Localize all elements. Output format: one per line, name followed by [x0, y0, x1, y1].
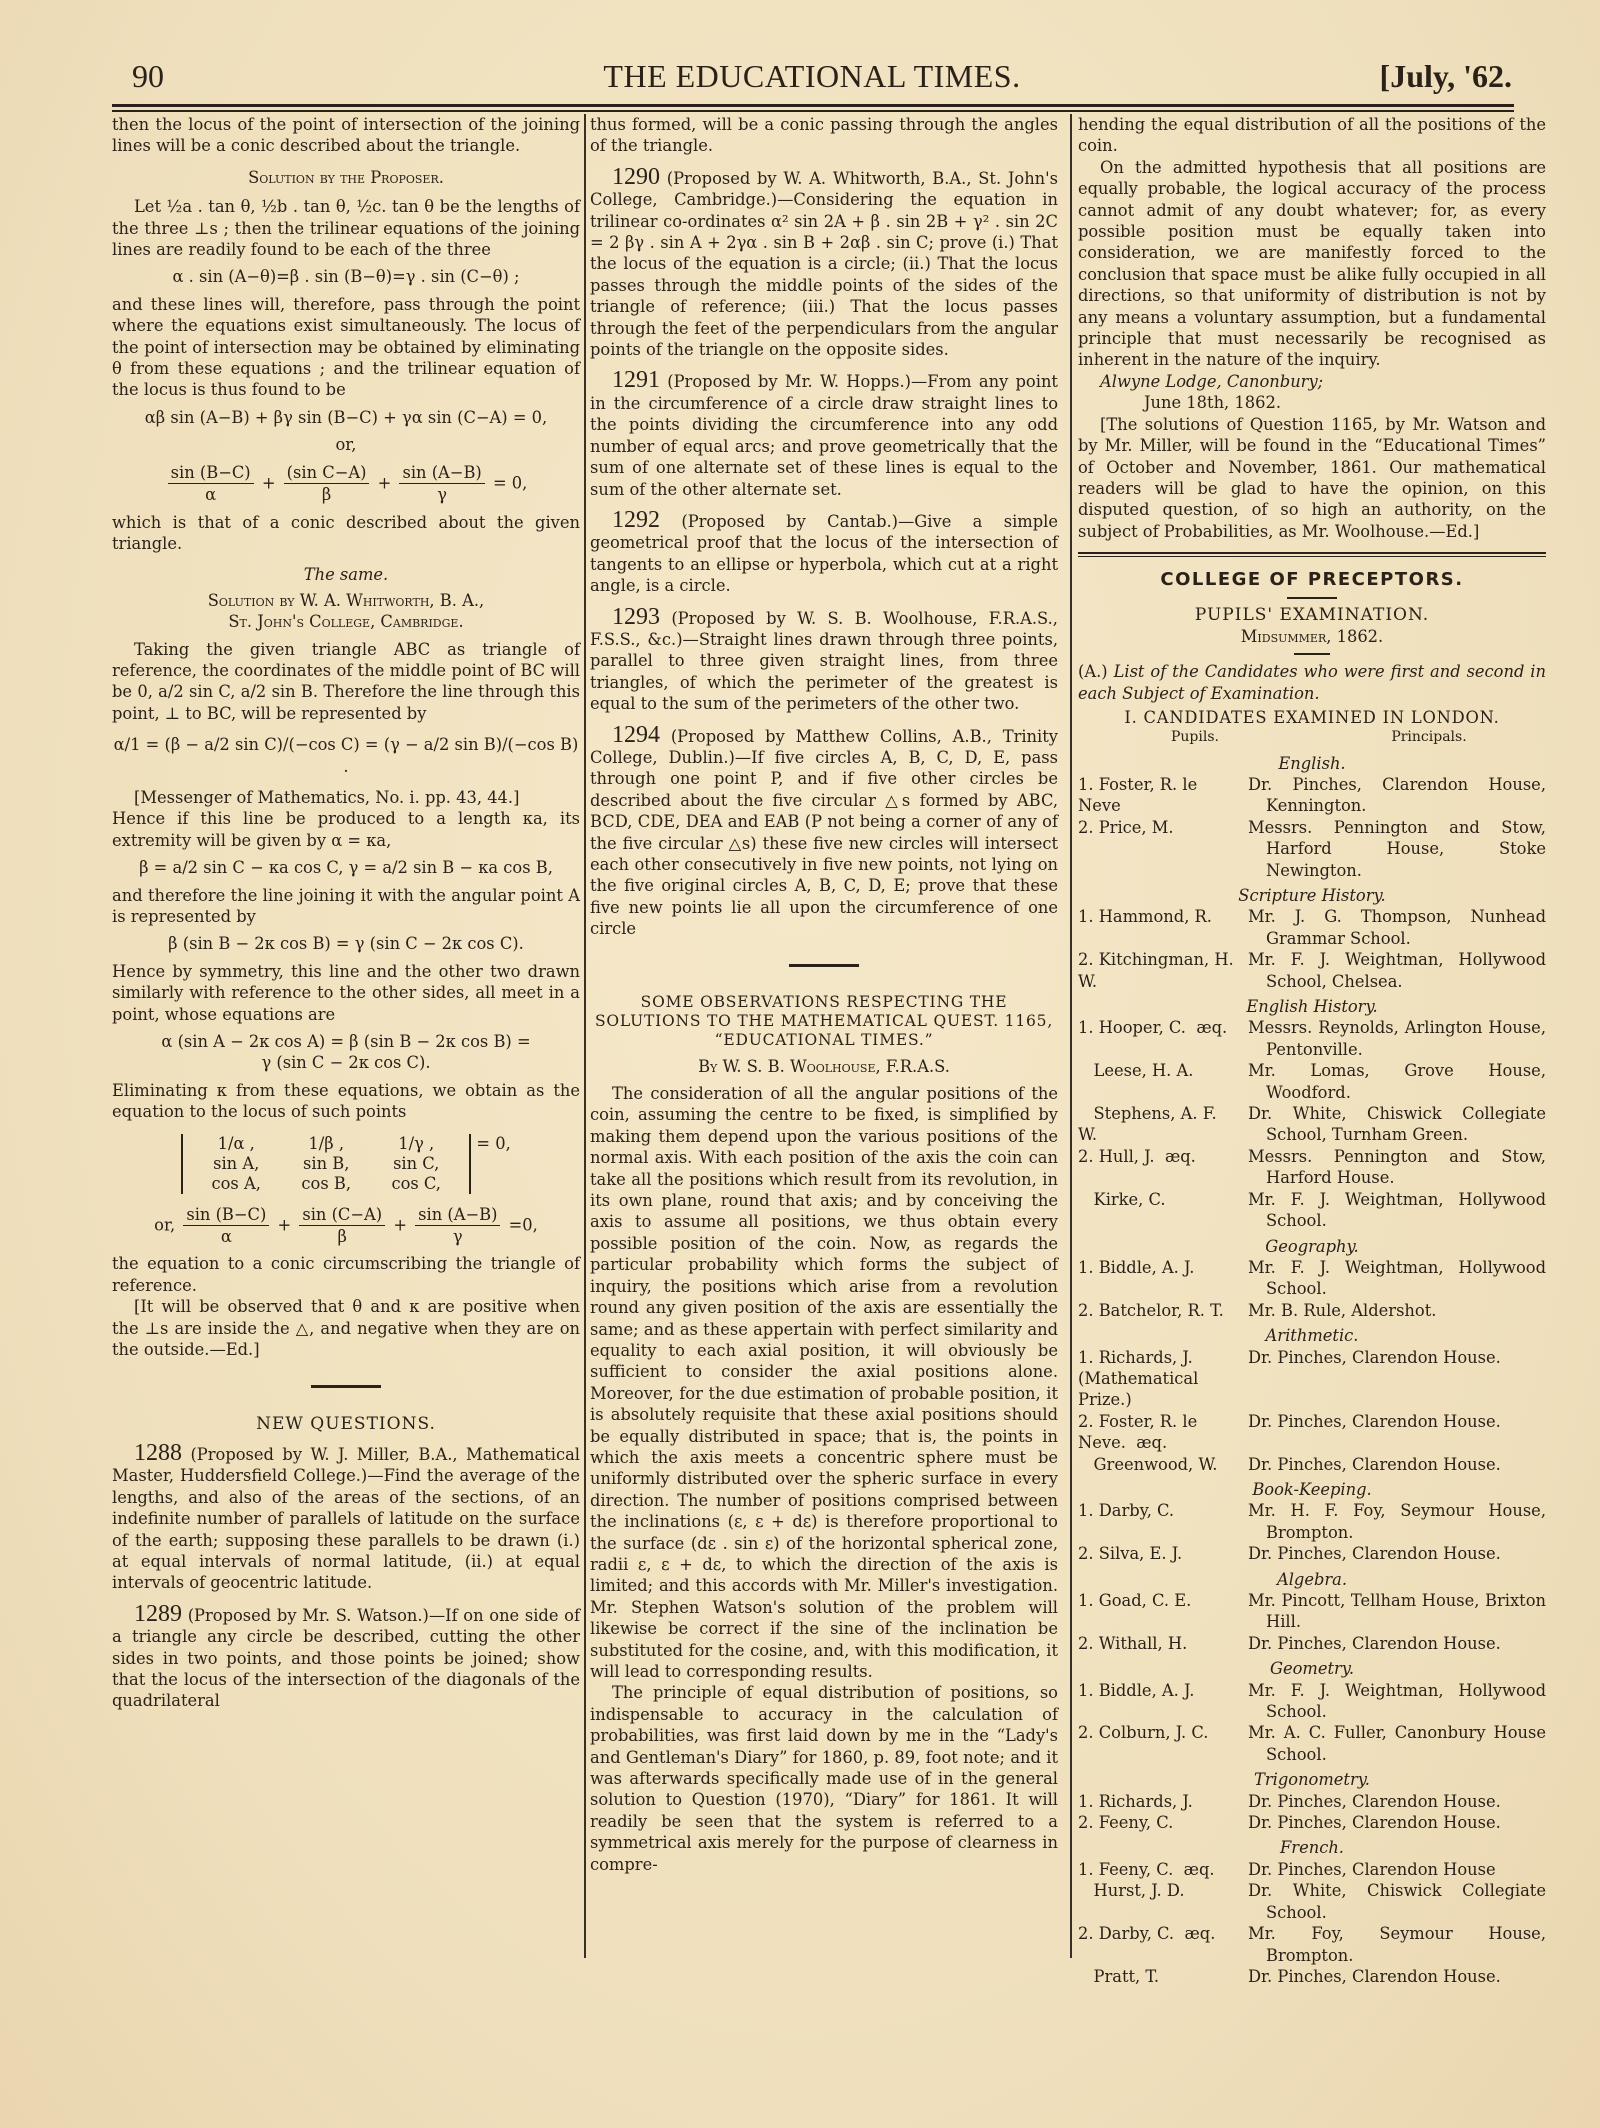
matrix-cell: sin B, [281, 1154, 371, 1174]
section-heading: St. John's College, Cambridge. [112, 611, 580, 632]
newspaper-page: 90 THE EDUCATIONAL TIMES. [July, '62. th… [0, 0, 1600, 2128]
denominator: β [299, 1226, 385, 1247]
header-rule [112, 104, 1514, 107]
question-number: 1293 [612, 604, 660, 630]
exam-title: PUPILS' EXAMINATION. [1078, 605, 1546, 626]
principal-name: Mr. F. J. Weightman, Hollywood School. [1248, 1680, 1546, 1723]
principal-name: Messrs. Reynolds, Arlington House, Pento… [1248, 1017, 1546, 1060]
question-text: (Proposed by Mr. W. Hopps.)—From any poi… [590, 372, 1058, 498]
section-rule [311, 1385, 381, 1388]
result-row: Stephens, A. F. W.Dr. White, Chiswick Co… [1078, 1103, 1546, 1146]
pupil-name: 2. Batchelor, R. T. [1078, 1300, 1238, 1321]
result-row: 2. Hull, J. æq.Messrs. Pennington and St… [1078, 1146, 1546, 1189]
equation-rhs: = 0, [493, 473, 527, 492]
equation-rhs: = 0, [476, 1134, 510, 1153]
subject-heading: Geometry. [1078, 1658, 1546, 1679]
equation: α/1 = (β − a/2 sin C)/(−cos C) = (γ − a/… [112, 734, 580, 777]
question-number: 1288 [134, 1440, 182, 1466]
denominator: α [168, 484, 254, 505]
result-row: 1. Foster, R. le NeveDr. Pinches, Claren… [1078, 774, 1546, 817]
question-number: 1291 [612, 367, 660, 393]
principal-name: Dr. Pinches, Clarendon House. [1248, 1791, 1546, 1812]
result-row: 2. Feeny, C.Dr. Pinches, Clarendon House… [1078, 1812, 1546, 1833]
subject-heading: French. [1078, 1837, 1546, 1858]
result-row: 2. Withall, H.Dr. Pinches, Clarendon Hou… [1078, 1633, 1546, 1654]
principal-name: Dr. Pinches, Clarendon House. [1248, 1633, 1546, 1654]
numerator: (sin C−A) [284, 462, 370, 484]
publication-title: THE EDUCATIONAL TIMES. [112, 58, 1512, 95]
principal-name: Dr. Pinches, Clarendon House. [1248, 1411, 1546, 1454]
denominator: γ [399, 484, 484, 505]
result-row: Kirke, C.Mr. F. J. Weightman, Hollywood … [1078, 1189, 1546, 1232]
column-divider [1070, 114, 1072, 1958]
equation: β = a/2 sin C − κa cos C, γ = a/2 sin B … [112, 857, 580, 878]
principal-name: Dr. White, Chiswick Collegiate School, T… [1248, 1103, 1546, 1146]
numerator: sin (A−B) [415, 1204, 500, 1226]
pupil-name: Pratt, T. [1078, 1966, 1238, 1987]
pupil-name: 1. Hammond, R. [1078, 906, 1238, 949]
subject-heading: Scripture History. [1078, 885, 1546, 906]
section-rule [1294, 653, 1330, 655]
principal-name: Mr. J. G. Thompson, Nunhead Grammar Scho… [1248, 906, 1546, 949]
pupil-name: 1. Goad, C. E. [1078, 1590, 1238, 1633]
pupil-name: 1. Richards, J. (Mathematical Prize.) [1078, 1347, 1238, 1411]
result-row: 1. Richards, J. (Mathematical Prize.)Dr.… [1078, 1347, 1546, 1411]
question-number: 1294 [612, 722, 660, 748]
column-right: hending the equal distribution of all th… [1078, 114, 1546, 1987]
principal-name: Dr. Pinches, Clarendon House. [1248, 1966, 1546, 1987]
question-number: 1290 [612, 164, 660, 190]
list-title: List of the Candidates who were first an… [1078, 662, 1546, 702]
principal-name: Mr. Foy, Seymour House, Brompton. [1248, 1923, 1546, 1966]
pupil-name: 1. Foster, R. le Neve [1078, 774, 1238, 817]
result-row: 1. Hooper, C. æq.Messrs. Reynolds, Arlin… [1078, 1017, 1546, 1060]
question-1294: 1294 (Proposed by Matthew Collins, A.B.,… [590, 725, 1058, 940]
question-number: 1289 [134, 1601, 182, 1627]
pupil-name: 2. Hull, J. æq. [1078, 1146, 1238, 1189]
matrix-cell: cos C, [371, 1174, 461, 1194]
equation-fraction-sum: sin (B−C)α + (sin C−A)β + sin (A−B)γ = 0… [112, 462, 580, 506]
denominator: γ [415, 1226, 500, 1247]
section-heading: Solution by W. A. Whitworth, B. A., [112, 590, 580, 611]
equation: γ (sin C − 2κ cos C). [112, 1052, 580, 1073]
result-row: 2. Batchelor, R. T.Mr. B. Rule, Aldersho… [1078, 1300, 1546, 1321]
pupil-name: 2. Silva, E. J. [1078, 1543, 1238, 1564]
paragraph: The consideration of all the angular pos… [590, 1083, 1058, 1682]
pupil-name: 1. Richards, J. [1078, 1791, 1238, 1812]
principal-name: Mr. F. J. Weightman, Hollywood School, C… [1248, 949, 1546, 992]
determinant: 1/α , 1/β , 1/γ , sin A, sin B, sin C, c… [181, 1134, 471, 1194]
principal-name: Dr. Pinches, Clarendon House. [1248, 1812, 1546, 1833]
result-row: 1. Darby, C.Mr. H. F. Foy, Seymour House… [1078, 1500, 1546, 1543]
matrix-cell: cos B, [281, 1174, 371, 1194]
principal-name: Mr. H. F. Foy, Seymour House, Brompton. [1248, 1500, 1546, 1543]
subject-heading: Arithmetic. [1078, 1325, 1546, 1346]
list-label: (A.) [1078, 662, 1108, 681]
pupil-name: 1. Feeny, C. æq. [1078, 1859, 1238, 1880]
signature-place: Alwyne Lodge, Canonbury; [1078, 371, 1546, 392]
numerator: sin (B−C) [183, 1204, 269, 1226]
principal-name: Dr. Pinches, Clarendon House. [1248, 1543, 1546, 1564]
result-row: 1. Biddle, A. J.Mr. F. J. Weightman, Hol… [1078, 1257, 1546, 1300]
result-row: Greenwood, W.Dr. Pinches, Clarendon Hous… [1078, 1454, 1546, 1475]
table-header: Pupils. Principals. [1078, 727, 1546, 748]
result-row: 2. Colburn, J. C.Mr. A. C. Fuller, Canon… [1078, 1722, 1546, 1765]
result-row: 2. Darby, C. æq.Mr. Foy, Seymour House, … [1078, 1923, 1546, 1966]
result-row: Hurst, J. D.Dr. White, Chiswick Collegia… [1078, 1880, 1546, 1923]
paragraph: Hence by symmetry, this line and the oth… [112, 961, 580, 1025]
issue-date: [July, '62. [1380, 58, 1512, 95]
running-header: 90 THE EDUCATIONAL TIMES. [July, '62. [112, 58, 1512, 98]
subject-heading: Trigonometry. [1078, 1769, 1546, 1790]
pupil-name: Leese, H. A. [1078, 1060, 1238, 1103]
result-row: 1. Hammond, R.Mr. J. G. Thompson, Nunhea… [1078, 906, 1546, 949]
section-rule [1078, 552, 1546, 554]
question-1293: 1293 (Proposed by W. S. B. Woolhouse, F.… [590, 607, 1058, 715]
principal-name: Dr. Pinches, Clarendon House [1248, 1859, 1546, 1880]
paragraph: thus formed, will be a conic passing thr… [590, 114, 1058, 157]
section-heading: Solution by the Proposer. [112, 167, 580, 188]
matrix-cell: cos A, [191, 1174, 281, 1194]
question-number: 1292 [612, 507, 660, 533]
pupil-name: 2. Darby, C. æq. [1078, 1923, 1238, 1966]
principal-name: Mr. F. J. Weightman, Hollywood School. [1248, 1189, 1546, 1232]
principal-name: Dr. Pinches, Clarendon House. [1248, 1347, 1546, 1411]
equation: α . sin (A−θ)=β . sin (B−θ)=γ . sin (C−θ… [112, 266, 580, 287]
principal-name: Messrs. Pennington and Stow, Harford Hou… [1248, 817, 1546, 881]
paragraph: and these lines will, therefore, pass th… [112, 294, 580, 401]
pupil-name: 2. Feeny, C. [1078, 1812, 1238, 1833]
column-header-principals: Principals. [1312, 727, 1546, 748]
principal-name: Mr. Pincott, Tellham House, Brixton Hill… [1248, 1590, 1546, 1633]
editor-note: [It will be observed that θ and κ are po… [112, 1296, 580, 1360]
paragraph: Taking the given triangle ABC as triangl… [112, 639, 580, 725]
pupil-name: 2. Foster, R. le Neve. æq. [1078, 1411, 1238, 1454]
question-1292: 1292 (Proposed by Cantab.)—Give a simple… [590, 510, 1058, 597]
matrix-cell: 1/γ , [371, 1134, 461, 1154]
equation: β (sin B − 2κ cos B) = γ (sin C − 2κ cos… [112, 933, 580, 954]
article-byline: By W. S. B. Woolhouse, F.R.A.S. [590, 1056, 1058, 1077]
equation-rhs: =0, [509, 1215, 538, 1234]
equation-connector: or, [154, 1215, 175, 1234]
paragraph: then the locus of the point of intersect… [112, 114, 580, 157]
pupil-name: 2. Withall, H. [1078, 1633, 1238, 1654]
pupil-name: 1. Darby, C. [1078, 1500, 1238, 1543]
equation: αβ sin (A−B) + βγ sin (B−C) + γα sin (C−… [112, 407, 580, 428]
column-divider [584, 114, 586, 1958]
question-text: (Proposed by W. J. Miller, B.A., Mathema… [112, 1445, 580, 1592]
section-heading: I. CANDIDATES EXAMINED IN LONDON. [1078, 708, 1546, 727]
header-rule [112, 110, 1514, 112]
result-row: 1. Richards, J.Dr. Pinches, Clarendon Ho… [1078, 1791, 1546, 1812]
results-list: English.1. Foster, R. le NeveDr. Pinches… [1078, 753, 1546, 1988]
section-rule [1078, 556, 1546, 557]
subject-heading: Algebra. [1078, 1569, 1546, 1590]
numerator: sin (C−A) [299, 1204, 385, 1226]
result-row: 2. Foster, R. le Neve. æq.Dr. Pinches, C… [1078, 1411, 1546, 1454]
result-row: 2. Kitchingman, H. W.Mr. F. J. Weightman… [1078, 949, 1546, 992]
result-row: 1. Biddle, A. J.Mr. F. J. Weightman, Hol… [1078, 1680, 1546, 1723]
question-1291: 1291 (Proposed by Mr. W. Hopps.)—From an… [590, 370, 1058, 499]
article-title: SOME OBSERVATIONS RESPECTING THE SOLUTIO… [590, 993, 1058, 1050]
result-row: 1. Feeny, C. æq.Dr. Pinches, Clarendon H… [1078, 1859, 1546, 1880]
subject-heading: English History. [1078, 996, 1546, 1017]
matrix-cell: 1/α , [191, 1134, 281, 1154]
numerator: sin (A−B) [399, 462, 484, 484]
pupil-name: 2. Kitchingman, H. W. [1078, 949, 1238, 992]
section-rule [1287, 597, 1337, 599]
pupil-name: Stephens, A. F. W. [1078, 1103, 1238, 1146]
section-heading: NEW QUESTIONS. [112, 1414, 580, 1435]
paragraph: which is that of a conic described about… [112, 512, 580, 555]
pupil-name: 2. Price, M. [1078, 817, 1238, 881]
denominator: β [284, 484, 370, 505]
denominator: α [183, 1226, 269, 1247]
question-text: (Proposed by W. A. Whitworth, B.A., St. … [590, 169, 1058, 359]
principal-name: Dr. Pinches, Clarendon House. [1248, 1454, 1546, 1475]
paragraph: hending the equal distribution of all th… [1078, 114, 1546, 157]
result-row: 2. Silva, E. J.Dr. Pinches, Clarendon Ho… [1078, 1543, 1546, 1564]
pupil-name: 1. Biddle, A. J. [1078, 1257, 1238, 1300]
equation-fraction-sum: or, sin (B−C)α + sin (C−A)β + sin (A−B)γ… [112, 1204, 580, 1248]
principal-name: Mr. F. J. Weightman, Hollywood School. [1248, 1257, 1546, 1300]
question-1289: 1289 (Proposed by Mr. S. Watson.)—If on … [112, 1604, 580, 1712]
pupil-name: 1. Biddle, A. J. [1078, 1680, 1238, 1723]
subject-heading: Book-Keeping. [1078, 1479, 1546, 1500]
pupil-name: Greenwood, W. [1078, 1454, 1238, 1475]
matrix-cell: sin C, [371, 1154, 461, 1174]
question-text: (Proposed by Cantab.)—Give a simple geom… [590, 512, 1058, 595]
principal-name: Messrs. Pennington and Stow, Harford Hou… [1248, 1146, 1546, 1189]
determinant-equation: 1/α , 1/β , 1/γ , sin A, sin B, sin C, c… [112, 1133, 580, 1194]
result-row: 1. Goad, C. E.Mr. Pincott, Tellham House… [1078, 1590, 1546, 1633]
signature-date: June 18th, 1862. [1078, 392, 1546, 413]
paragraph: the equation to a conic circumscribing t… [112, 1253, 580, 1296]
numerator: sin (B−C) [168, 462, 254, 484]
section-heading: COLLEGE OF PRECEPTORS. [1078, 569, 1546, 590]
paragraph: Eliminating κ from these equations, we o… [112, 1080, 580, 1123]
equation: α (sin A − 2κ cos A) = β (sin B − 2κ cos… [112, 1031, 580, 1052]
question-1288: 1288 (Proposed by W. J. Miller, B.A., Ma… [112, 1443, 580, 1594]
pupil-name: 1. Hooper, C. æq. [1078, 1017, 1238, 1060]
question-1290: 1290 (Proposed by W. A. Whitworth, B.A.,… [590, 167, 1058, 361]
result-row: 2. Price, M.Messrs. Pennington and Stow,… [1078, 817, 1546, 881]
column-header-pupils: Pupils. [1078, 727, 1312, 748]
question-text: (Proposed by Matthew Collins, A.B., Trin… [590, 727, 1058, 939]
pupil-name: Hurst, J. D. [1078, 1880, 1238, 1923]
column-left: then the locus of the point of intersect… [112, 114, 580, 1712]
section-rule [789, 964, 859, 967]
pupil-name: Kirke, C. [1078, 1189, 1238, 1232]
principal-name: Mr. A. C. Fuller, Canonbury House School… [1248, 1722, 1546, 1765]
result-row: Pratt, T.Dr. Pinches, Clarendon House. [1078, 1966, 1546, 1987]
principal-name: Dr. White, Chiswick Collegiate School. [1248, 1880, 1546, 1923]
paragraph: On the admitted hypothesis that all posi… [1078, 157, 1546, 371]
subheading: The same. [112, 564, 580, 585]
subject-heading: English. [1078, 753, 1546, 774]
question-text: (Proposed by W. S. B. Woolhouse, F.R.A.S… [590, 609, 1058, 714]
exam-date: Midsummer, 1862. [1078, 626, 1546, 647]
equation-connector: or, [112, 434, 580, 455]
matrix-cell: 1/β , [281, 1134, 371, 1154]
question-text: (Proposed by Mr. S. Watson.)—If on one s… [112, 1606, 580, 1711]
paragraph: The principle of equal distribution of p… [590, 1682, 1058, 1875]
principal-name: Mr. Lomas, Grove House, Woodford. [1248, 1060, 1546, 1103]
principal-name: Mr. B. Rule, Aldershot. [1248, 1300, 1546, 1321]
matrix-cell: sin A, [191, 1154, 281, 1174]
list-intro: (A.) List of the Candidates who were fir… [1078, 661, 1546, 704]
paragraph: and therefore the line joining it with t… [112, 885, 580, 928]
result-row: Leese, H. A.Mr. Lomas, Grove House, Wood… [1078, 1060, 1546, 1103]
paragraph: Let ½a . tan θ, ½b . tan θ, ½c. tan θ be… [112, 196, 580, 260]
column-middle: thus formed, will be a conic passing thr… [590, 114, 1058, 1875]
paragraph: Hence if this line be produced to a leng… [112, 808, 580, 851]
subject-heading: Geography. [1078, 1236, 1546, 1257]
pupil-name: 2. Colburn, J. C. [1078, 1722, 1238, 1765]
principal-name: Dr. Pinches, Clarendon House, Kennington… [1248, 774, 1546, 817]
editor-note: [The solutions of Question 1165, by Mr. … [1078, 414, 1546, 542]
citation: [Messenger of Mathematics, No. i. pp. 43… [112, 787, 580, 808]
